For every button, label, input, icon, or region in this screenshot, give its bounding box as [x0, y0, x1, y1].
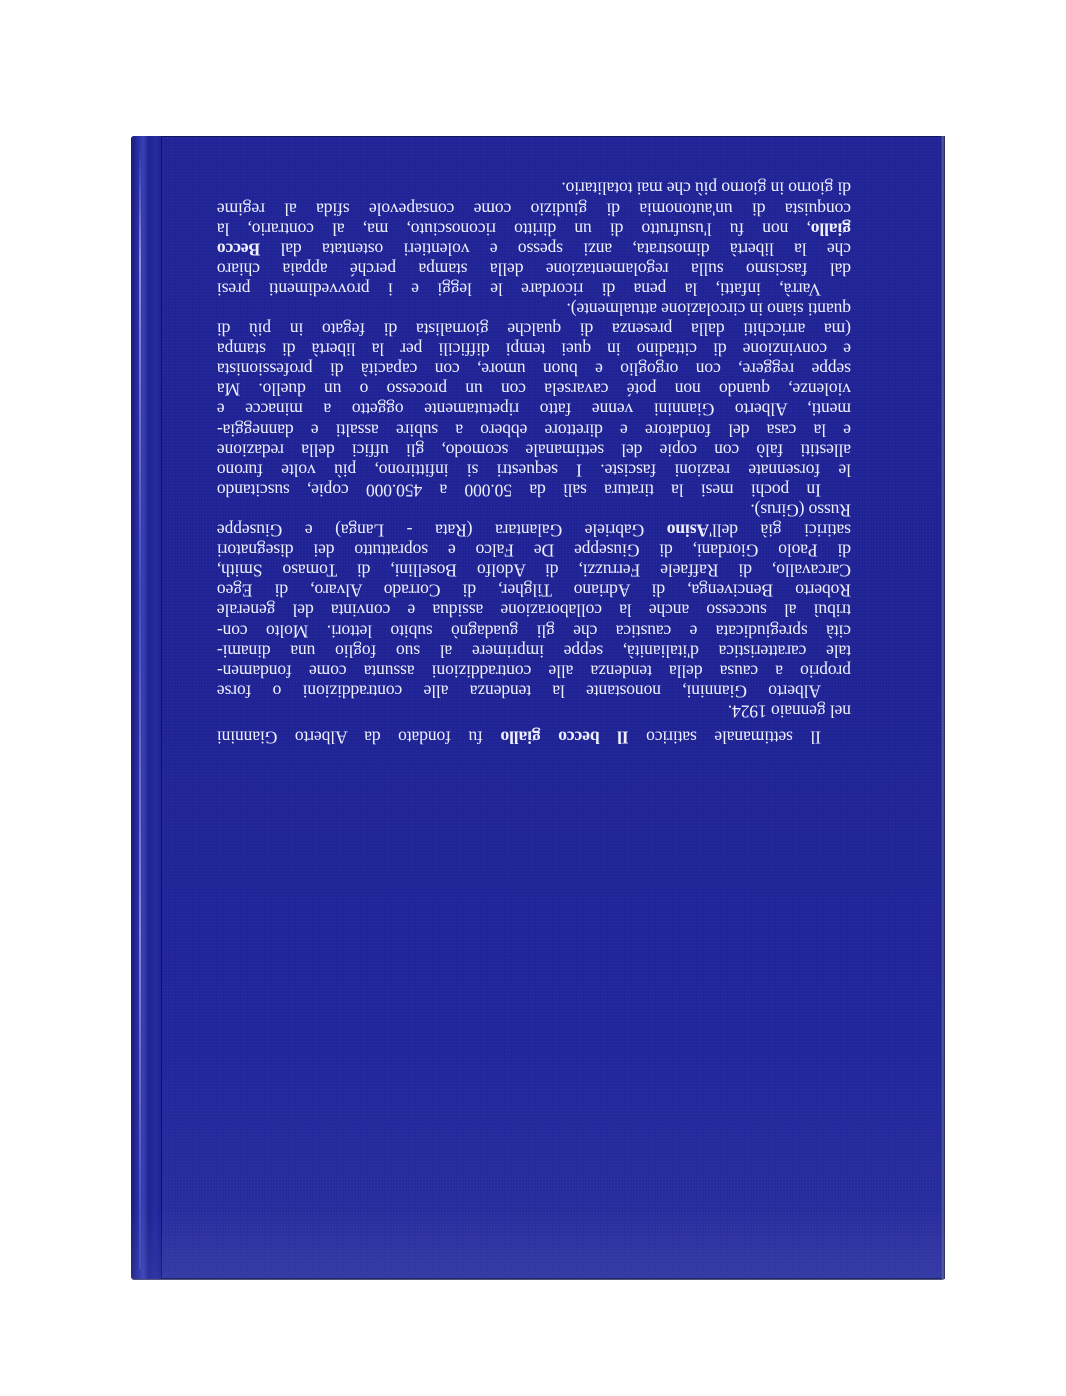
text-line: e la casa del fondatore e direttore ebbe…	[217, 420, 851, 440]
text-line: Varrà, infatti, la pena di ricordare le …	[217, 279, 851, 299]
text-line: le forsennate reazioni fasciste. I seque…	[217, 460, 851, 480]
paragraph: Il settimanale satirico Il becco giallo …	[217, 701, 851, 747]
text-line: tale caratteristica d'italianità, seppe …	[217, 641, 851, 661]
text-line: Il settimanale satirico Il becco giallo …	[217, 728, 851, 748]
text-line: giallo, non fu l'usufrutto di un diritto…	[217, 219, 851, 239]
text-line: Russo (Girus).	[217, 501, 851, 521]
text-line: Roberto Bencivenga, di Adriano Tilgher, …	[217, 581, 851, 601]
text-line: nel gennaio 1924.	[217, 701, 851, 721]
text-line: menti, Alberto Giannini venne fatto ripe…	[217, 400, 851, 420]
text-line: quanti siano in circolazione attualmente…	[217, 300, 851, 320]
page-edge	[941, 136, 945, 1279]
text-line: di Paolo Giordani, di Giuseppe De Falco …	[217, 541, 851, 561]
text-line: seppe reggere, con orgoglio e buon umore…	[217, 360, 851, 380]
paragraph: In pochi mesi la tiratura salì da 50.000…	[217, 300, 851, 501]
text-line: e convinzione di cittadino in quei tempi…	[217, 340, 851, 360]
bold-title: Il becco giallo	[501, 728, 629, 748]
text-line: tribuì al successo anche la collaborazio…	[217, 601, 851, 621]
paragraph: Varrà, infatti, la pena di ricordare le …	[217, 179, 851, 300]
text-line: (ma arricchiti dalla presenza di qualche…	[217, 320, 851, 340]
text-line: violenze, quando non poté cavarsela con …	[217, 380, 851, 400]
text-line: conquista di un'autonomia di giudizio co…	[217, 199, 851, 219]
spine-hinge	[131, 136, 162, 1279]
book-back-cover: Il settimanale satirico Il becco giallo …	[131, 136, 945, 1279]
bold-title: giallo	[811, 219, 851, 239]
text-line: proprio a causa della tendenza alle cont…	[217, 661, 851, 681]
back-cover-text: Il settimanale satirico Il becco giallo …	[217, 179, 851, 748]
bold-title: Becco	[217, 239, 260, 259]
text-line: dal fascismo sulla regolamentazione dell…	[217, 259, 851, 279]
text-line: In pochi mesi la tiratura salì da 50.000…	[217, 480, 851, 500]
text-line: che la libertà dimostrata, anzi spesso e…	[217, 239, 851, 259]
text-line: satirici già dell'Asino Gabriele Galanta…	[217, 521, 851, 541]
text-line: cità spregiudicata e caustica che gli gu…	[217, 621, 851, 641]
bold-title: Asino	[667, 521, 709, 541]
text-line: Alberto Giannini, nonostante la tendenza…	[217, 681, 851, 701]
text-line: Carcavallo, di Raffaele Ferruzzi, di Ado…	[217, 561, 851, 581]
text-line: allestiti falò con copie del settimanale…	[217, 440, 851, 460]
text-line: di giorno in giorno più che mai totalita…	[217, 179, 851, 199]
paragraph: Alberto Giannini, nonostante la tendenza…	[217, 501, 851, 702]
